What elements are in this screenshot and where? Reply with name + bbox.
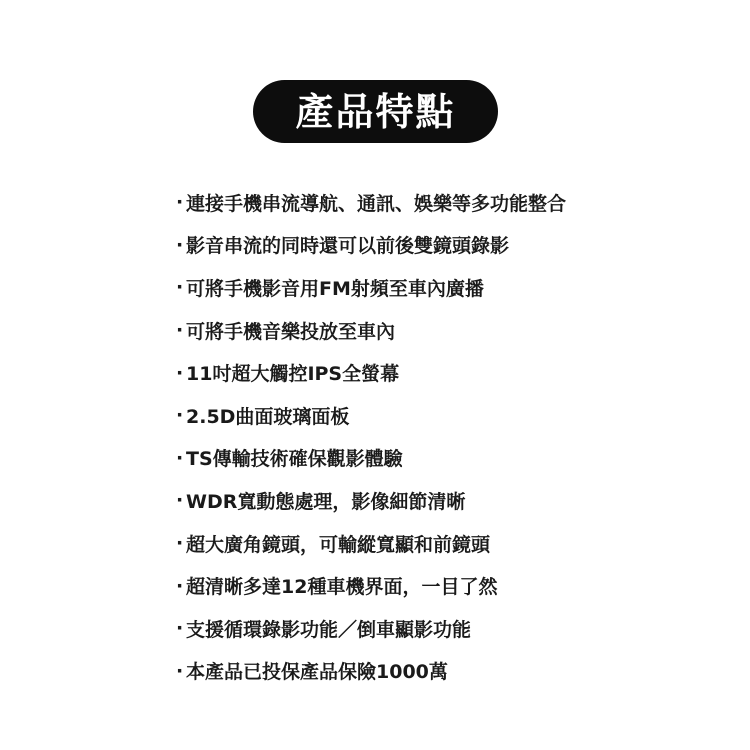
feature-item: ·支援循環錄影功能／倒車顯影功能 bbox=[176, 607, 566, 650]
feature-text: 超清晰多達12種車機界面，一目了然 bbox=[186, 572, 497, 599]
feature-text: WDR寬動態處理，影像細節清晰 bbox=[186, 487, 465, 514]
bullet-dot-icon: · bbox=[176, 489, 186, 511]
bullet-dot-icon: · bbox=[176, 191, 186, 213]
bullet-dot-icon: · bbox=[176, 234, 186, 256]
bullet-dot-icon: · bbox=[176, 660, 186, 682]
feature-item: ·超清晰多達12種車機界面，一目了然 bbox=[176, 564, 566, 607]
feature-item: ·本產品已投保產品保險1000萬 bbox=[176, 650, 566, 693]
bullet-dot-icon: · bbox=[176, 404, 186, 426]
feature-text: 可將手機影音用FM射頻至車內廣播 bbox=[186, 274, 484, 301]
feature-text: 超大廣角鏡頭，可輸縱寬顯和前鏡頭 bbox=[186, 530, 490, 557]
feature-item: ·2.5D曲面玻璃面板 bbox=[176, 394, 566, 437]
feature-list: ·連接手機串流導航、通訊、娛樂等多功能整合 ·影音串流的同時還可以前後雙鏡頭錄影… bbox=[176, 181, 566, 692]
feature-item: ·影音串流的同時還可以前後雙鏡頭錄影 bbox=[176, 224, 566, 267]
feature-text: 影音串流的同時還可以前後雙鏡頭錄影 bbox=[186, 231, 509, 258]
bullet-dot-icon: · bbox=[176, 362, 186, 384]
bullet-dot-icon: · bbox=[176, 617, 186, 639]
feature-item: ·可將手機音樂投放至車內 bbox=[176, 309, 566, 352]
feature-text: 連接手機串流導航、通訊、娛樂等多功能整合 bbox=[186, 189, 566, 216]
feature-item: ·可將手機影音用FM射頻至車內廣播 bbox=[176, 266, 566, 309]
page-title: 產品特點 bbox=[295, 93, 455, 131]
feature-item: ·WDR寬動態處理，影像細節清晰 bbox=[176, 479, 566, 522]
feature-item: ·超大廣角鏡頭，可輸縱寬顯和前鏡頭 bbox=[176, 522, 566, 565]
bullet-dot-icon: · bbox=[176, 575, 186, 597]
feature-item: ·連接手機串流導航、通訊、娛樂等多功能整合 bbox=[176, 181, 566, 224]
feature-text: 2.5D曲面玻璃面板 bbox=[186, 402, 349, 429]
feature-item: ·TS傳輸技術確保觀影體驗 bbox=[176, 437, 566, 480]
feature-text: 支援循環錄影功能／倒車顯影功能 bbox=[186, 615, 471, 642]
bullet-dot-icon: · bbox=[176, 276, 186, 298]
feature-text: 可將手機音樂投放至車內 bbox=[186, 317, 395, 344]
feature-text: 11吋超大觸控IPS全螢幕 bbox=[186, 359, 399, 386]
title-badge: 產品特點 bbox=[253, 80, 498, 143]
feature-item: ·11吋超大觸控IPS全螢幕 bbox=[176, 351, 566, 394]
feature-text: TS傳輸技術確保觀影體驗 bbox=[186, 444, 403, 471]
feature-text: 本產品已投保產品保險1000萬 bbox=[186, 657, 448, 684]
bullet-dot-icon: · bbox=[176, 319, 186, 341]
bullet-dot-icon: · bbox=[176, 447, 186, 469]
bullet-dot-icon: · bbox=[176, 532, 186, 554]
